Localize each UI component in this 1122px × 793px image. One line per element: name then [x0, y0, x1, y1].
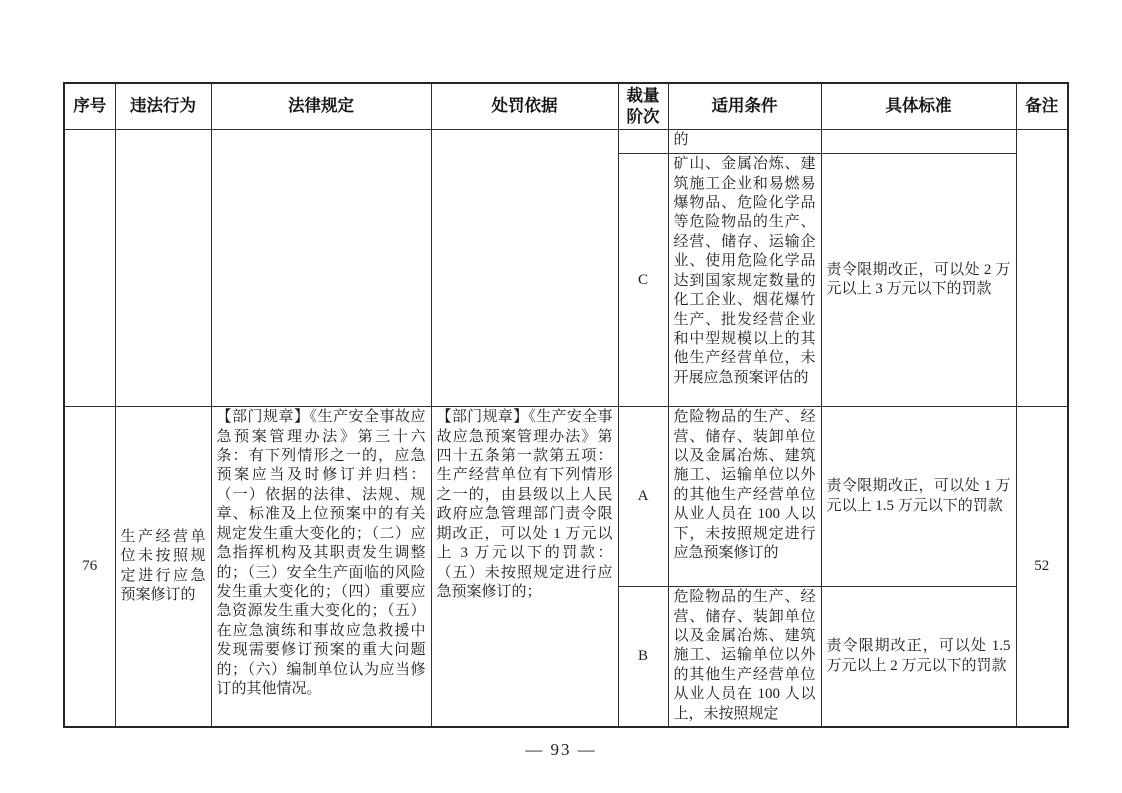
header-specific-standard: 具体标准 — [821, 83, 1016, 130]
carryover-standard-empty-cell — [821, 130, 1016, 154]
level-c-standard-cell: 责令限期改正，可以处 2 万元以上 3 万元以下的罚款 — [821, 154, 1016, 407]
level-a-cell: A — [618, 407, 668, 587]
carryover-legal-provision-cell — [211, 130, 431, 407]
carryover-condition-tail-cell: 的 — [668, 130, 821, 154]
header-penalty-basis: 处罚依据 — [431, 83, 618, 130]
item-76-legal-provision-cell: 【部门规章】《生产安全事故应急预案管理办法》第三十六条：有下列情形之一的，应急预… — [211, 407, 431, 727]
item-76-level-a-row: 76 生产经营单位未按照规定进行应急预案修订的 【部门规章】《生产安全事故应急预… — [64, 407, 1068, 587]
item-76-remark-cell: 52 — [1016, 407, 1068, 727]
carryover-level-cell — [618, 130, 668, 154]
item-76-serial-cell: 76 — [64, 407, 115, 727]
carryover-violation-cell — [115, 130, 211, 407]
header-remark: 备注 — [1016, 83, 1068, 130]
level-b-condition-cell: 危险物品的生产、经营、储存、装卸单位以及金属冶炼、建筑施工、运输单位以外的其他生… — [668, 587, 821, 727]
item-76-violation-cell: 生产经营单位未按照规定进行应急预案修订的 — [115, 407, 211, 727]
carryover-penalty-basis-cell — [431, 130, 618, 407]
page-number: — 93 — — [0, 740, 1122, 760]
level-b-standard-cell: 责令限期改正，可以处 1.5 万元以上 2 万元以下的罚款 — [821, 587, 1016, 727]
carryover-tail-row: 的 — [64, 130, 1068, 154]
document-page: { "page": { "number": "— 93 —" }, "table… — [0, 0, 1122, 793]
header-discretion-level: 裁量阶次 — [618, 83, 668, 130]
carryover-remark-cell — [1016, 130, 1068, 407]
level-c-condition-cell: 矿山、金属冶炼、建筑施工企业和易燃易爆物品、危险化学品等危险物品的生产、经营、储… — [668, 154, 821, 407]
level-a-condition-cell: 危险物品的生产、经营、储存、装卸单位以及金属冶炼、建筑施工、运输单位以外的其他生… — [668, 407, 821, 587]
header-serial: 序号 — [64, 83, 115, 130]
level-c-cell: C — [618, 154, 668, 407]
level-b-cell: B — [618, 587, 668, 727]
header-applicable-condition: 适用条件 — [668, 83, 821, 130]
table-header-row: 序号 违法行为 法律规定 处罚依据 裁量阶次 适用条件 具体标准 备注 — [64, 83, 1068, 130]
penalty-discretion-table: 序号 违法行为 法律规定 处罚依据 裁量阶次 适用条件 具体标准 备注 的 C … — [63, 82, 1069, 728]
header-legal-provision: 法律规定 — [211, 83, 431, 130]
header-violation: 违法行为 — [115, 83, 211, 130]
carryover-serial-cell — [64, 130, 115, 407]
item-76-penalty-basis-cell: 【部门规章】《生产安全事故应急预案管理办法》第四十五条第一款第五项：生产经营单位… — [431, 407, 618, 727]
level-a-standard-cell: 责令限期改正，可以处 1 万元以上 1.5 万元以下的罚款 — [821, 407, 1016, 587]
